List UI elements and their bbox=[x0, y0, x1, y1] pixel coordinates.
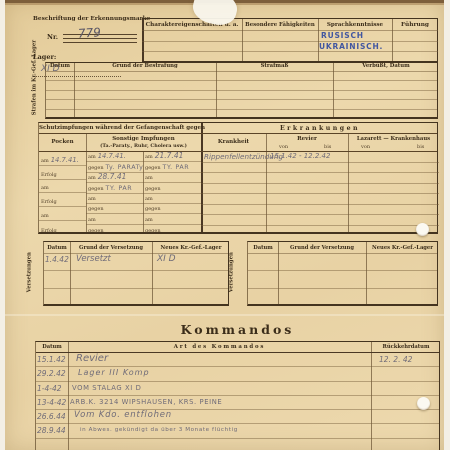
table-row bbox=[201, 226, 439, 236]
am-label: am bbox=[41, 158, 49, 164]
am-label: am bbox=[145, 175, 153, 181]
col-header-art: Art des Kommandos bbox=[68, 344, 371, 350]
tag-nr-value: 779 bbox=[77, 25, 101, 41]
table-row: 1.4.42 Versetzt XI D bbox=[44, 254, 228, 271]
table-row: Erfolg bbox=[39, 193, 86, 207]
section-title-row: Schutzimpfungen während der Gefangenscha… bbox=[39, 123, 437, 134]
table-row bbox=[248, 271, 437, 288]
col-header-datum: Datum bbox=[46, 63, 74, 69]
sonstige-column-2: am21.7.41 gegenTY. PAR am gegen am gegen… bbox=[143, 152, 201, 235]
pocken-header: Pocken bbox=[39, 139, 86, 145]
table-row bbox=[46, 91, 437, 100]
table-row: am bbox=[86, 194, 143, 204]
table-row: 28.9.44 in Abwes. gekündigt da über 3 Mo… bbox=[36, 424, 439, 438]
table-row bbox=[44, 271, 228, 288]
transfers-table-right: Datum Grund der Versetzung Neues Kr.-Gef… bbox=[247, 241, 438, 306]
erfolg-label: Erfolg bbox=[41, 172, 57, 178]
gegen-label: gegen bbox=[145, 165, 161, 171]
id-tag-section: Beschriftung der Erkennungsmarke Nr. 779… bbox=[33, 16, 141, 62]
col-header-rueckkehr: Rückkehrdatum bbox=[371, 344, 441, 350]
table-row: am21.7.41 bbox=[143, 152, 201, 162]
col-header-grund: Grund der Versetzung bbox=[278, 245, 366, 251]
am-label: am bbox=[145, 154, 153, 160]
table-row: am bbox=[143, 214, 201, 224]
gegen-label: gegen bbox=[88, 165, 104, 171]
am-label: am bbox=[145, 196, 153, 202]
table-row: 26.6.44 Vom Kdo. entflohen bbox=[36, 410, 439, 424]
sub-header-row: Pocken Sonstige Impfungen (Ta.-Paraty., … bbox=[39, 134, 437, 152]
col-header-datum: Datum bbox=[44, 245, 70, 251]
table-row bbox=[248, 254, 437, 271]
lazarett-header: Lazarett — Krankenhaus bbox=[348, 136, 439, 142]
table-row: UKRAINISCH. bbox=[142, 42, 438, 53]
tag-nr-label: Nr. bbox=[47, 33, 58, 41]
col-header-datum: Datum bbox=[248, 245, 278, 251]
table-row: gegenTY. PAR bbox=[86, 183, 143, 193]
sonstige2-against-1: TY. PAR bbox=[163, 164, 190, 171]
gegen-label: gegen bbox=[88, 186, 104, 192]
tag-nr-ruled-lines: 779 bbox=[63, 31, 137, 44]
punishments-table: Datum Grund der Bestrafung Strafmaß Verb… bbox=[45, 62, 438, 119]
col-header-grund: Grund der Versetzung bbox=[70, 245, 152, 251]
lazarett-von-label: von bbox=[361, 144, 370, 150]
table-row bbox=[201, 163, 439, 174]
transfer-date: 1.4.42 bbox=[45, 255, 69, 264]
table-row: Rippenfellentzündung 15.1.42 - 12.2.42 bbox=[201, 152, 439, 163]
kommando-type: ARB.K. 3214 WIPSHAUSEN, KRS. PEINE bbox=[70, 398, 222, 406]
traits-rows: RUSISCH UKRAINISCH. bbox=[142, 31, 438, 62]
language-entry-2: UKRAINISCH. bbox=[319, 42, 383, 51]
revier-header: Revier bbox=[266, 136, 348, 142]
lazarett-bis-label: bis bbox=[417, 144, 424, 150]
table-row bbox=[142, 52, 438, 62]
record-card-scan: Beschriftung der Erkennungsmarke Nr. 779… bbox=[5, 0, 444, 450]
table-row: am14.7.41. bbox=[86, 152, 143, 162]
punishments-rows bbox=[46, 72, 437, 118]
table-row: RUSISCH bbox=[142, 31, 438, 42]
transfers-table-left: Datum Grund der Versetzung Neues Kr.-Gef… bbox=[43, 241, 229, 306]
table-row bbox=[201, 215, 439, 226]
gegen-label: gegen bbox=[88, 206, 104, 212]
kommando-date: 29.2.42 bbox=[37, 369, 66, 378]
table-row: gegen bbox=[86, 225, 143, 235]
sonstige1-date-1: 14.7.41. bbox=[98, 152, 126, 160]
col-header-strafmass: Strafmaß bbox=[216, 63, 333, 69]
am-label: am bbox=[88, 217, 96, 223]
transfers-rows: 1.4.42 Versetzt XI D bbox=[44, 254, 228, 305]
fold-crease bbox=[5, 314, 444, 316]
table-row: am bbox=[143, 173, 201, 183]
transfers-header-row: Datum Grund der Versetzung Neues Kr.-Gef… bbox=[44, 242, 228, 254]
kommando-date: 15.1.42 bbox=[37, 355, 66, 364]
sonstige-header: Sonstige Impfungen bbox=[86, 136, 201, 142]
revier-von-label: von bbox=[279, 144, 288, 150]
transfers-header-row: Datum Grund der Versetzung Neues Kr.-Gef… bbox=[248, 242, 437, 254]
gegen-label: gegen bbox=[145, 228, 161, 234]
kommando-type: VOM STALAG XI D bbox=[72, 384, 141, 392]
table-row: am bbox=[143, 194, 201, 204]
kommando-type: in Abwes. gekündigt da über 3 Monate flü… bbox=[80, 427, 238, 433]
erfolg-label: Erfolg bbox=[41, 228, 57, 234]
am-label: am bbox=[88, 175, 96, 181]
am-label: am bbox=[88, 154, 96, 160]
transfers-side-label-middle: Versetzungen bbox=[229, 241, 236, 303]
kommando-date: 1-4-42 bbox=[37, 384, 62, 393]
sonstige-subheader: (Ta.-Paraty., Ruhr, Cholera usw.) bbox=[86, 143, 201, 149]
kommandos-rows: 15.1.42 Revier 12. 2. 42 29.2.42 Lager I… bbox=[36, 353, 439, 450]
kommandos-title: Kommandos bbox=[35, 322, 440, 337]
table-row: gegenTY. PAR bbox=[143, 162, 201, 172]
sonstige-column-1: am14.7.41. gegenTy. PARATy am28.7.41 geg… bbox=[86, 152, 143, 235]
table-row: am bbox=[39, 207, 86, 221]
table-row: 13-4-42 ARB.K. 3214 WIPSHAUSEN, KRS. PEI… bbox=[36, 396, 439, 410]
illness-revier-dates: 15.1.42 - 12.2.42 bbox=[270, 152, 330, 160]
table-row bbox=[201, 184, 439, 195]
table-row: Erfolg bbox=[39, 166, 86, 180]
sonstige1-against-2: TY. PAR bbox=[106, 185, 133, 192]
kommando-type: Lager III Komp bbox=[78, 368, 150, 377]
illnesses-title: Erkrankungen bbox=[201, 123, 439, 134]
table-row bbox=[36, 439, 439, 450]
tag-number-line: Nr. 779 bbox=[47, 26, 137, 40]
gegen-label: gegen bbox=[88, 228, 104, 234]
col-header-grund: Grund der Bestrafung bbox=[74, 63, 216, 69]
sonstige2-date-1: 21.7.41 bbox=[155, 151, 184, 160]
col-header-lager: Neues Kr.-Gef.-Lager bbox=[366, 245, 439, 251]
table-row: gegen bbox=[143, 225, 201, 235]
table-row bbox=[46, 110, 437, 118]
table-row: 15.1.42 Revier 12. 2. 42 bbox=[36, 353, 439, 367]
abilities-col-header: Besondere Fähigkeiten bbox=[242, 19, 318, 31]
table-row bbox=[201, 205, 439, 216]
am-label: am bbox=[41, 185, 49, 191]
col-header-verbuesst: Verbüßt, Datum bbox=[333, 63, 439, 69]
table-row bbox=[201, 194, 439, 205]
sonstige1-date-2: 28.7.41 bbox=[98, 172, 127, 181]
kommandos-table: Datum Art des Kommandos Rückkehrdatum 15… bbox=[35, 341, 440, 450]
table-row: gegen bbox=[86, 204, 143, 214]
transfers-side-label-left: Versetzungen bbox=[27, 241, 34, 303]
pocken-date-1: 14.7.41. bbox=[51, 156, 79, 164]
punishments-side-label: Strafen im Kr.-Gef.-Lager bbox=[32, 59, 39, 115]
am-label: am bbox=[88, 196, 96, 202]
gegen-label: gegen bbox=[145, 206, 161, 212]
table-row: gegen bbox=[143, 183, 201, 193]
illnesses-rows: Rippenfellentzündung 15.1.42 - 12.2.42 bbox=[201, 152, 439, 235]
table-row bbox=[46, 100, 437, 109]
vaccinations-illnesses-table: Schutzimpfungen während der Gefangenscha… bbox=[38, 122, 438, 234]
table-row bbox=[46, 72, 437, 81]
pocken-column: am 14.7.41. Erfolg am Erfolg am Erfolg bbox=[39, 152, 86, 235]
hole-punch-bottom bbox=[417, 397, 430, 410]
table-row: 1-4-42 VOM STALAG XI D bbox=[36, 382, 439, 396]
kommando-type: Revier bbox=[76, 353, 108, 364]
table-row bbox=[201, 173, 439, 184]
transfer-reason: Versetzt bbox=[76, 254, 111, 264]
col-header-lager: Neues Kr.-Gef.-Lager bbox=[152, 245, 230, 251]
traits-table: Charaktereigenschaften u. a. Besondere F… bbox=[142, 18, 438, 62]
sonstige1-against-1: Ty. PARATy bbox=[106, 164, 144, 171]
table-row: am bbox=[39, 180, 86, 194]
languages-col-header: Sprachkenntnisse bbox=[318, 19, 392, 31]
tag-title: Beschriftung der Erkennungsmarke bbox=[33, 16, 141, 22]
table-row: am28.7.41 bbox=[86, 173, 143, 183]
col-header-datum: Datum bbox=[36, 344, 68, 350]
revier-bis-label: bis bbox=[324, 144, 331, 150]
table-row: am bbox=[86, 214, 143, 224]
kommando-date: 13-4-42 bbox=[37, 398, 66, 407]
table-row: Erfolg bbox=[39, 221, 86, 235]
transfers-rows bbox=[248, 254, 437, 305]
kommandos-header-row: Datum Art des Kommandos Rückkehrdatum bbox=[36, 342, 439, 353]
table-row: am 14.7.41. bbox=[39, 152, 86, 166]
table-row bbox=[46, 81, 437, 90]
am-label: am bbox=[41, 213, 49, 219]
table-row: gegen bbox=[143, 204, 201, 214]
transfer-new-camp: XI D bbox=[157, 254, 176, 264]
krankheit-header: Krankheit bbox=[201, 139, 266, 145]
erfolg-label: Erfolg bbox=[41, 199, 57, 205]
kommando-return-date: 12. 2. 42 bbox=[379, 355, 412, 364]
kommando-type: Vom Kdo. entflohen bbox=[74, 410, 172, 420]
conduct-col-header: Führung bbox=[392, 19, 438, 31]
am-label: am bbox=[145, 217, 153, 223]
punishments-header-row: Datum Grund der Bestrafung Strafmaß Verb… bbox=[46, 63, 437, 72]
kommando-date: 28.9.44 bbox=[37, 426, 66, 435]
table-row bbox=[248, 289, 437, 305]
table-row bbox=[44, 289, 228, 305]
kommando-date: 26.6.44 bbox=[37, 412, 66, 421]
vaccinations-title: Schutzimpfungen während der Gefangenscha… bbox=[39, 123, 201, 134]
gegen-label: gegen bbox=[145, 186, 161, 192]
hole-punch-top bbox=[416, 223, 429, 236]
language-entry-1: RUSISCH bbox=[321, 31, 364, 40]
table-row: 29.2.42 Lager III Komp bbox=[36, 367, 439, 381]
